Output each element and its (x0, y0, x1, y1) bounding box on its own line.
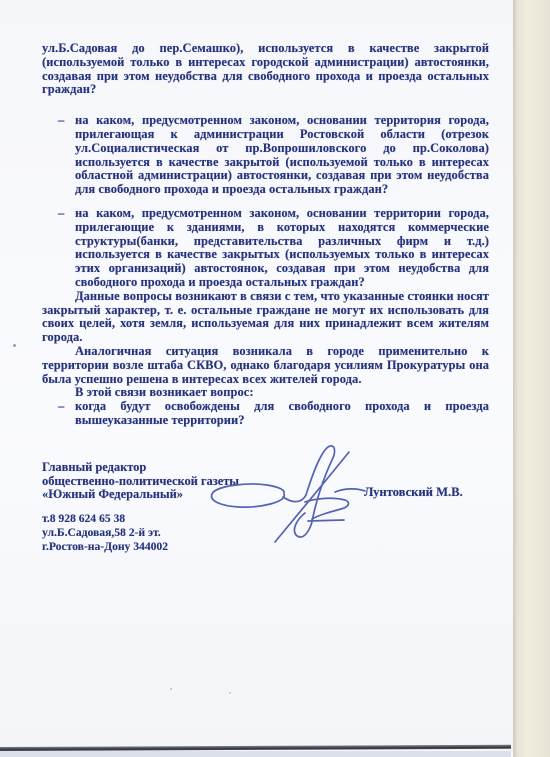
bullet-text: на каком, предусмотренном законом, основ… (75, 207, 489, 290)
scan-speck (229, 692, 231, 694)
contact-address: ул.Б.Садовая,58 2-й эт. (42, 526, 168, 540)
scan-speck (170, 688, 172, 690)
bullet-item-commercial-structures: – на каком, предусмотренном законом, осн… (42, 207, 489, 290)
scanner-bed-bottom (0, 751, 511, 757)
bullet-text: на каком, предусмотренном законом, основ… (75, 114, 489, 197)
bullet-dash: – (42, 114, 75, 128)
scan-speck (13, 344, 16, 347)
scanned-letter-page: ул.Б.Садовая до пер.Семашко), использует… (0, 0, 550, 757)
bullet-item-when-freed: – когда будут освобождены для свободного… (42, 400, 489, 428)
bullet-dash: – (42, 207, 75, 221)
bullet-dash: – (42, 400, 75, 414)
contact-city: г.Ростов-на-Дону 344002 (42, 540, 168, 554)
paragraph-questions-arise: Данные вопросы возникают в связи с тем, … (42, 290, 489, 345)
paragraph-question-intro: В этой связи возникает вопрос: (42, 386, 489, 400)
signer-name: Лунтовский М.В. (364, 485, 463, 500)
contact-block: т.8 928 624 65 38 ул.Б.Садовая,58 2-й эт… (42, 512, 168, 555)
continuation-paragraph: ул.Б.Садовая до пер.Семашко), использует… (42, 42, 489, 97)
handwritten-signature (195, 440, 410, 565)
paragraph-skvo-analogy: Аналогичная ситуация возникала в городе … (42, 345, 489, 386)
bullet-item-regional-administration: – на каком, предусмотренном законом, осн… (42, 114, 489, 197)
bullet-text: когда будут освобождены для свободного п… (75, 400, 489, 428)
scanner-edge-right (513, 0, 550, 757)
contact-phone: т.8 928 624 65 38 (42, 512, 168, 526)
letter-body: ул.Б.Садовая до пер.Семашко), использует… (42, 42, 489, 428)
